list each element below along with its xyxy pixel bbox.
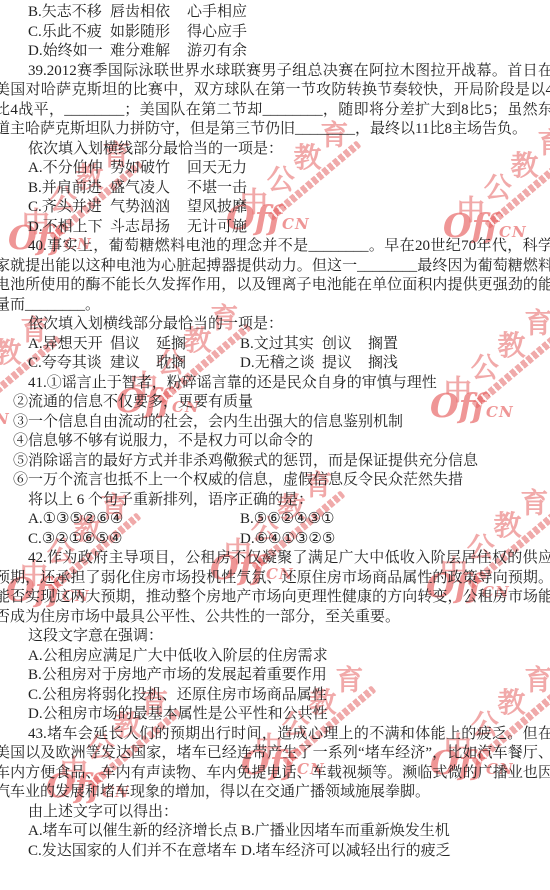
q41-sentence-3: ③一个信息自由流动的社会，会内生出强大的信息鉴别机制 (0, 413, 550, 433)
option-term: 倡议 (110, 335, 156, 355)
option-term: 建议 (110, 354, 156, 374)
option-label-term: B.文过其实 (240, 335, 322, 355)
option-term: 无计可施 (187, 218, 550, 238)
q43-option-c: C.发达国家的人们并不在意堵车 (28, 842, 241, 862)
option-label-term: B.并肩前进 (28, 179, 110, 199)
q42-option-b: B.公租房对于房地产市场的发展起着重要作用 (0, 666, 550, 686)
q43-option-b: B.广播业因堵车而重新焕发生机 (241, 822, 550, 842)
option-term: 望风披靡 (187, 198, 550, 218)
q39-prompt: 依次填入划横线部分最恰当的一项是： (0, 140, 550, 160)
option-label-term: A.不分伯仲 (28, 159, 110, 179)
q39-option-c: C.齐头并进 气势汹汹 望风披靡 (0, 198, 550, 218)
option-term: 提议 (322, 354, 368, 374)
option-label-term: C.夸夸其谈 (28, 354, 110, 374)
q41-sentence-5: ⑤消除谣言的最好方式并非杀鸡儆猴式的惩罚，而是保证提供充分信息 (0, 452, 550, 472)
q38-option-b: B.矢志不移 唇齿相依 心手相应 (0, 3, 550, 23)
q38-option-c: C.乐此不疲 如影随形 得心应手 (0, 23, 550, 43)
q41-sentence-1: 41.①谣言止于智者，粉碎谣言靠的还是民众自身的审慎与理性 (0, 374, 550, 394)
option-term: 搁浅 (368, 354, 398, 374)
q39-option-b: B.并肩前进 盛气凌人 不堪一击 (0, 179, 550, 199)
q42-option-c: C.公租房将弱化投机、还原住房市场商品属性 (0, 686, 550, 706)
q41-option-a: A.①③⑤②⑥④ (28, 510, 240, 530)
q41-sentence-2: ②流通的信息不仅要多，更要有质量 (0, 393, 550, 413)
q42-stem: 42.作为政府主导项目，公租房不仅凝聚了满足广大中低收入阶层居住权的供应预期，还… (0, 549, 550, 627)
option-label-term: D.无稽之谈 (240, 354, 322, 374)
q41-sentence-6: ⑥一万个流言也抵不上一个权威的信息，虚假信息反令民众茫然失措 (0, 471, 550, 491)
q40-option-row-1: A.异想天开 倡议 延搁 B.文过其实 创议 搁置 (0, 335, 550, 355)
option-term: 势如破竹 (110, 159, 187, 179)
q41-sentence-4: ④信息够不够有说服力，不是权力可以命令的 (0, 432, 550, 452)
q40-prompt: 依次填入划横线部分最恰当的一项是： (0, 315, 550, 335)
option-term: 游刃有余 (187, 42, 550, 62)
q42-option-d: D.公租房市场的最基本属性是公平性和公共性 (0, 705, 550, 725)
option-label-term: C.乐此不疲 (28, 23, 110, 43)
option-term: 不堪一击 (187, 179, 550, 199)
q42-prompt: 这段文字意在强调： (0, 627, 550, 647)
option-term: 盛气凌人 (110, 179, 187, 199)
q38-option-d: D.始终如一 难分难解 游刃有余 (0, 42, 550, 62)
q41-option-c: C.③②①⑥⑤④ (28, 530, 240, 550)
q41-prompt: 将以上 6 个句子重新排列，语序正确的是： (0, 491, 550, 511)
q43-option-a: A.堵车可以催生新的经济增长点 (28, 822, 241, 842)
q39-option-a: A.不分伯仲 势如破竹 回天无力 (0, 159, 550, 179)
option-label-term: A.异想天开 (28, 335, 110, 355)
q43-option-row-1: A.堵车可以催生新的经济增长点 B.广播业因堵车而重新焕发生机 (0, 822, 550, 842)
q42-option-a: A.公租房应满足广大中低收入阶层的住房需求 (0, 647, 550, 667)
q39-option-d: D.不相上下 斗志昂扬 无计可施 (0, 218, 550, 238)
option-term: 斗志昂扬 (110, 218, 187, 238)
option-term: 气势汹汹 (110, 198, 187, 218)
option-term: 延搁 (156, 335, 186, 355)
option-label-term: C.齐头并进 (28, 198, 110, 218)
q41-option-row-2: C.③②①⑥⑤④ D.⑥④①③②⑤ (0, 530, 550, 550)
option-term: 耽搁 (156, 354, 186, 374)
option-term: 如影随形 (110, 23, 187, 43)
q43-prompt: 由上述文字可以得出： (0, 803, 550, 823)
q40-option-row-2: C.夸夸其谈 建议 耽搁 D.无稽之谈 提议 搁浅 (0, 354, 550, 374)
q40-option-d: D.无稽之谈 提议 搁浅 (240, 354, 550, 374)
option-term: 回天无力 (187, 159, 550, 179)
option-term: 难分难解 (110, 42, 187, 62)
q43-option-d: D.堵车经济可以减轻出行的疲乏 (241, 842, 550, 862)
q40-option-c: C.夸夸其谈 建议 耽搁 (28, 354, 240, 374)
q41-option-b: B.⑤⑥②④③① (240, 510, 550, 530)
option-term: 唇齿相依 (110, 3, 187, 23)
q41-option-d: D.⑥④①③②⑤ (240, 530, 550, 550)
q43-option-row-2: C.发达国家的人们并不在意堵车 D.堵车经济可以减轻出行的疲乏 (0, 842, 550, 862)
option-term: 得心应手 (187, 23, 550, 43)
q40-option-b: B.文过其实 创议 搁置 (240, 335, 550, 355)
option-label-term: D.不相上下 (28, 218, 110, 238)
option-label-term: B.矢志不移 (28, 3, 110, 23)
q41-option-row-1: A.①③⑤②⑥④ B.⑤⑥②④③① (0, 510, 550, 530)
option-term: 创议 (322, 335, 368, 355)
option-term: 搁置 (368, 335, 398, 355)
exam-page: B.矢志不移 唇齿相依 心手相应 C.乐此不疲 如影随形 得心应手 D.始终如一… (0, 3, 550, 861)
q40-stem: 40.事实上，葡萄糖燃料电池的理念并不是________。早在20世纪70年代，… (0, 237, 550, 315)
option-label-term: D.始终如一 (28, 42, 110, 62)
q39-stem: 39.2012赛季国际泳联世界水球联赛男子组总决赛在阿拉木图拉开战幕。首日在美国… (0, 62, 550, 140)
option-term: 心手相应 (187, 3, 550, 23)
q43-stem: 43.堵车会延长人们的预期出行时间，造成心理上的不满和体能上的疲乏。但在美国以及… (0, 725, 550, 803)
q40-option-a: A.异想天开 倡议 延搁 (28, 335, 240, 355)
